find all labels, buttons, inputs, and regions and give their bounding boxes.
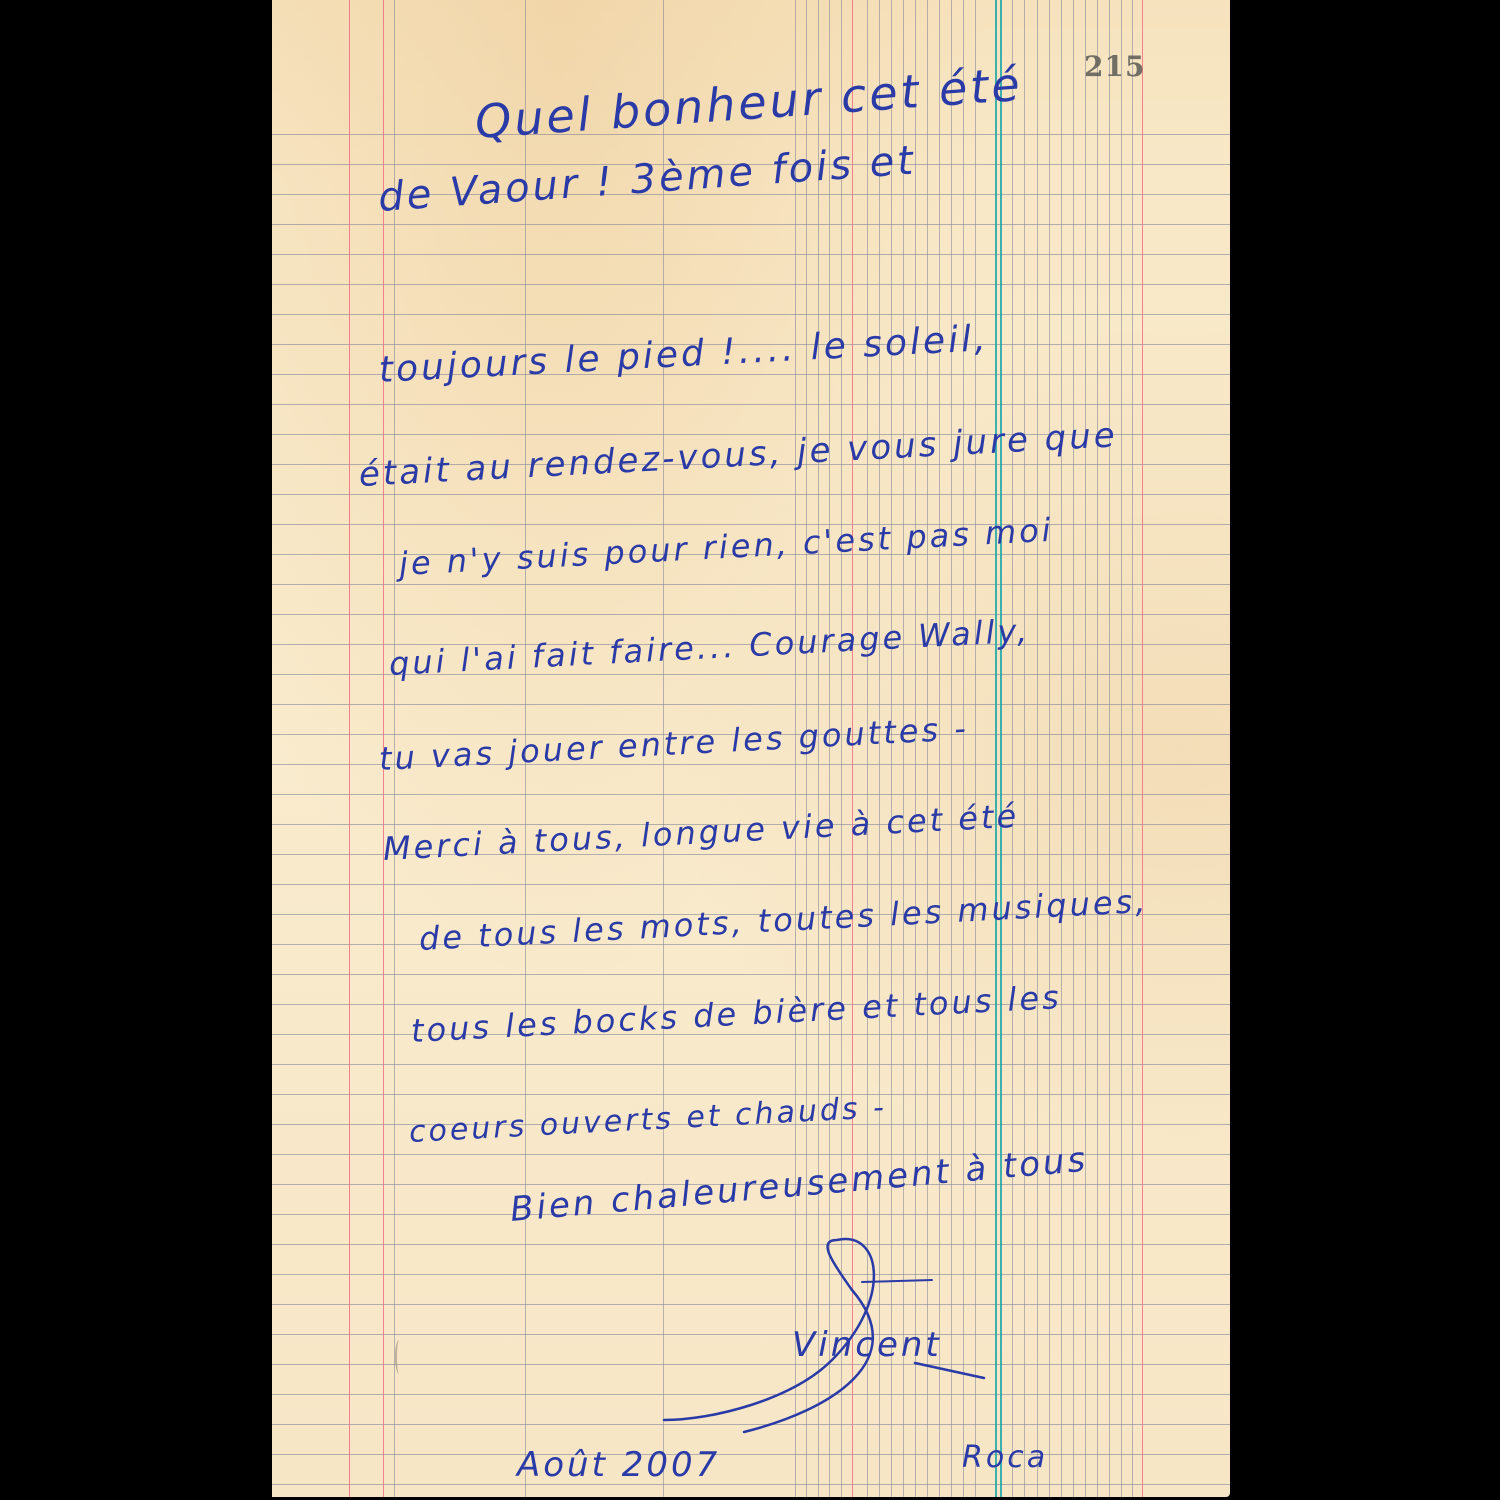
rule-line [272,1454,1230,1455]
rule-line [272,1274,1230,1275]
rule-line [272,284,1230,285]
rule-line [272,1484,1230,1485]
rule-line [272,1334,1230,1335]
letter-line: était au rendez-vous, je vous jure que [358,415,1119,495]
rule-line [272,524,1230,525]
rule-line [272,494,1230,495]
column-line [951,0,952,1497]
letter-line: toujours le pied !.... le soleil, [378,318,990,391]
rule-line [272,614,1230,615]
letter-line: de tous les mots, toutes les musiques, [418,882,1149,958]
rule-line [272,254,1230,255]
rule-line [272,1304,1230,1305]
letter-line: Quel bonheur cet été [473,57,1024,149]
column-line-teal [1000,0,1002,1497]
letter-line: tous les bocks de bière et tous les [410,978,1063,1050]
page-number: 215 [1084,50,1145,83]
column-line-red [1142,0,1143,1497]
rule-line [272,404,1230,405]
margin-line-red [349,0,350,1497]
rule-line [272,1394,1230,1395]
column-line [1085,0,1086,1497]
rule-line [272,944,1230,945]
rule-line [272,1094,1230,1095]
rule-line [272,224,1230,225]
rule-line [272,134,1230,135]
rule-line [272,314,1230,315]
column-line [1132,0,1133,1497]
column-line [1073,0,1074,1497]
column-line [1109,0,1110,1497]
column-line [1037,0,1038,1497]
letter-line: tu vas jouer entre les gouttes - [378,709,970,778]
rule-line [272,1364,1230,1365]
rule-line [272,584,1230,585]
letter-date: Août 2007 [517,1445,720,1485]
rule-line [272,1244,1230,1245]
letter-line: de Vaour ! 3ème fois et [377,138,918,221]
rule-line [272,974,1230,975]
paper-tear-mark [395,1340,403,1374]
rule-line [272,794,1230,795]
column-line [1049,0,1050,1497]
column-line [1121,0,1122,1497]
rule-line [272,1214,1230,1215]
column-line [1024,0,1025,1497]
rule-line [272,1064,1230,1065]
ledger-page: 215 Quel bonheur cet été de Vaour ! 3ème… [272,0,1230,1497]
rule-line [272,704,1230,705]
letter-line: qui l'ai fait faire... Courage Wally, [388,611,1031,683]
signature-first-name: Vincent [792,1325,942,1365]
letter-line: je n'y suis pour rien, c'est pas moi [398,511,1054,583]
signature-last-name: Roca [962,1440,1048,1475]
column-line [975,0,976,1497]
letter-line: coeurs ouverts et chauds - [408,1090,888,1150]
column-line [1097,0,1098,1497]
column-line [1061,0,1062,1497]
rule-line [272,1424,1230,1425]
letter-line: Merci à tous, longue vie à cet été [382,797,1020,868]
column-line [963,0,964,1497]
column-line-teal [995,0,997,1497]
column-line [1012,0,1013,1497]
